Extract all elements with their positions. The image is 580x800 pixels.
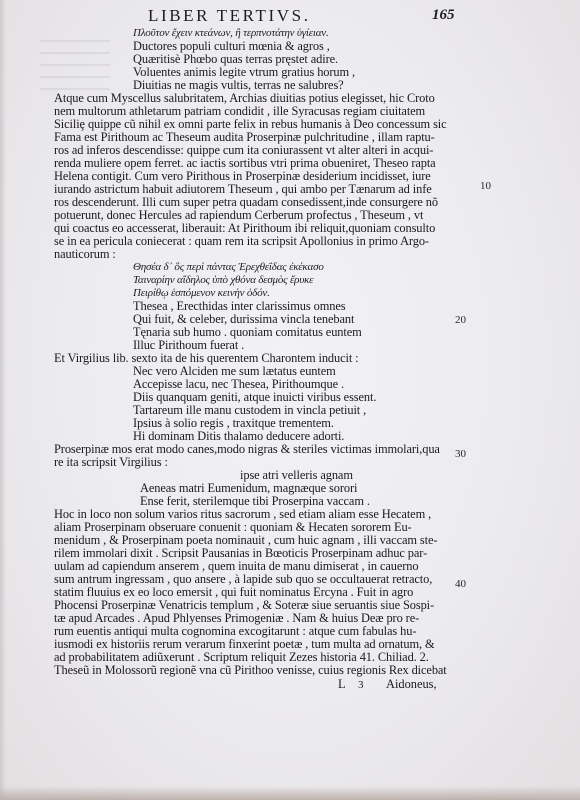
running-head: LIBER TERTIVS. xyxy=(148,6,311,26)
signature-mark-number: 3 xyxy=(358,679,364,691)
margin-line-number: 10 xyxy=(480,180,491,192)
prose-line: nauticorum : xyxy=(54,248,116,261)
greek-verse-line: Ταιναρίην αἴδηλος ὑπὸ χθόνα δεσμὸς ἔρυκε xyxy=(133,274,313,287)
margin-line-number: 20 xyxy=(455,314,466,326)
margin-line-number: 40 xyxy=(455,578,466,590)
book-page: LIBER TERTIVS. 165 Πλοῦτον ἔχειν κτεάνων… xyxy=(0,0,580,800)
page-edge-left xyxy=(0,0,6,800)
greek-verse-line: Θησέα δ᾽ ὅς περὶ πάντας Ἐρεχθεΐδας ἐκέκα… xyxy=(133,261,324,274)
prose-line: Theseũ in Molossorũ regionẽ vna cũ Pirit… xyxy=(54,664,447,677)
catchword: Aidoneus, xyxy=(386,677,437,692)
page-number: 165 xyxy=(432,7,455,24)
prose-line: re ita scripsit Virgilius : xyxy=(54,456,168,469)
margin-line-number: 30 xyxy=(455,448,466,460)
signature-mark-letter: L xyxy=(338,677,346,692)
page-edge-bottom xyxy=(0,786,580,800)
